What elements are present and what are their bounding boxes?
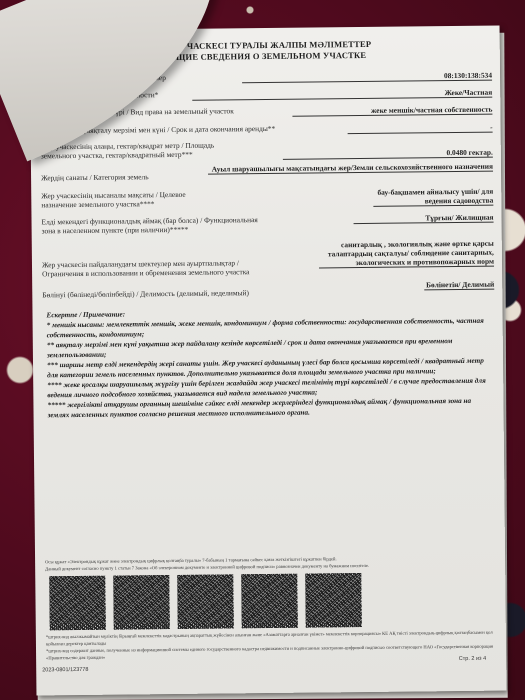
field-lease-term: Жалға алудың аяқталу мерзімі мен күні / …	[41, 122, 493, 139]
field-value: бау-бақшамен айналысу үшін/ для ведения …	[373, 187, 493, 207]
qr-code-icon	[305, 573, 362, 628]
field-value: 0.0480 гектар.	[283, 148, 493, 160]
field-area: Жер учаскесінің алаңы, гектар/квадрат ме…	[41, 138, 493, 165]
field-land-category: Жердің санаты / Категория земель Ауыл ша…	[41, 162, 493, 189]
field-label: Жер учаскесінің алаңы, гектар/квадрат ме…	[41, 140, 241, 160]
field-value: Бөлінетін/ Делимый	[424, 280, 494, 291]
field-label: Жердің санаты / Категория земель	[41, 172, 149, 182]
qr-code-icon	[177, 574, 234, 629]
field-value: Ауыл шаруашылығы мақсатындағы жер/Земли …	[208, 162, 493, 175]
notes-section: Ескертпе / Примечание: * меншік нысаны: …	[46, 306, 487, 421]
field-value: санитарлық , экологиялық және өртке қарс…	[319, 239, 494, 269]
legal-statement: Осы құжат «Электрондық құжат және электр…	[45, 554, 495, 573]
field-purpose: Жер учаскесінің нысаналы мақсаты / Целев…	[41, 187, 493, 214]
field-label: Бөлінуі (бөлінеді/бөлінбейді) / Делимост…	[42, 288, 249, 299]
field-divisibility: Бөлінуі (бөлінеді/бөлінбейді) / Делимост…	[42, 280, 494, 305]
note-item: ***** жергілікті атқарушы органның шешім…	[47, 396, 487, 421]
qr-code-icon	[49, 576, 106, 631]
field-value: Жеке/Частная	[192, 88, 492, 101]
document-page: ЖЕР УЧАСКЕСІ ТУРАЛЫ ЖАЛПЫ МӘЛІМЕТТЕР ОБЩ…	[30, 26, 507, 696]
qr-code-icon	[241, 574, 298, 629]
field-restrictions: Жер учаскесін пайдаланудағы шектеулер ме…	[42, 239, 494, 284]
field-value: 08:130:138:534	[242, 71, 492, 84]
field-label: Жер учаскесін пайдаланудағы шектеулер ме…	[42, 258, 277, 278]
field-label: Жер учаскесінің нысаналы мақсаты / Целев…	[41, 190, 211, 210]
page-number: Стр. 2 из 4	[459, 656, 486, 662]
field-functional-zone: Елді мекендегі функционалдық аймақ (бар …	[41, 213, 493, 240]
field-value: жеке меншік/частная собственность	[292, 105, 492, 117]
field-value: -	[348, 123, 493, 135]
field-label: Елді мекендегі функционалдық аймақ (бар …	[41, 215, 271, 235]
document-number: 2023-0801/123778	[42, 667, 88, 673]
qr-code-icon	[113, 575, 170, 630]
qr-code-row	[49, 573, 370, 630]
field-value: Тұрғын/ Жилищная	[353, 213, 493, 224]
barcode-note: *штрих-код жылжымайтын мүліктің бірыңғай…	[46, 629, 496, 662]
